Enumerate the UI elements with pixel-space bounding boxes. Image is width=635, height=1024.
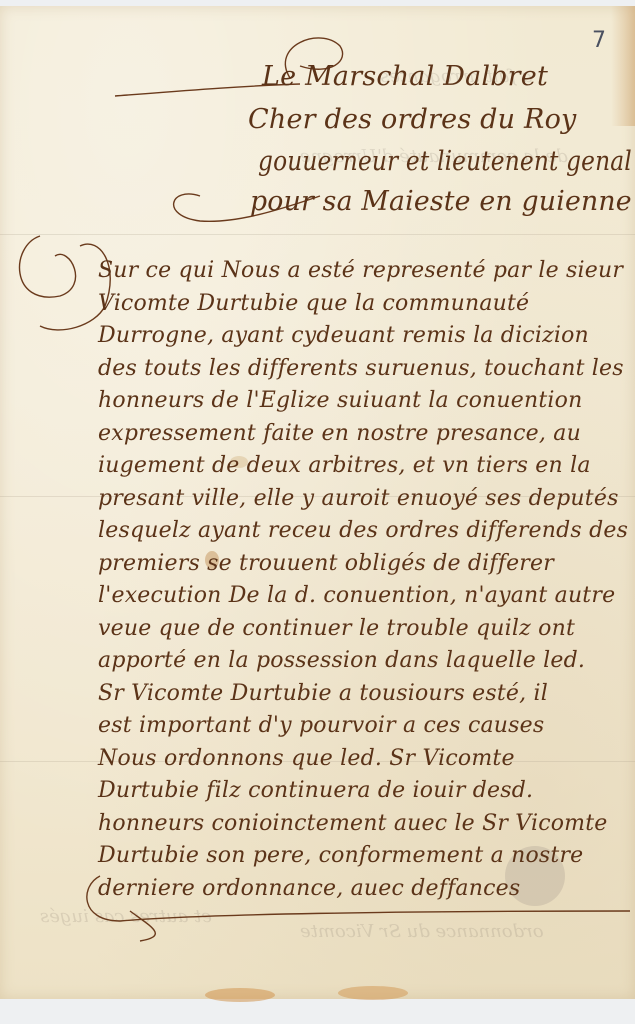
header-line: Le Marschal Dalbret [262, 61, 548, 92]
body-line: derniere ordonnance, auec deffances [98, 876, 520, 901]
header-line: gouuerneur et lieutenent genal [258, 146, 632, 177]
body-line: des touts les differents suruenus, touch… [98, 356, 624, 381]
body-line: apporté en la possession dans laquelle l… [98, 648, 585, 673]
body-line: veue que de continuer le trouble quilz o… [98, 616, 575, 641]
body-line: l'execution De la d. conuention, n'ayant… [98, 583, 615, 608]
body-line: Sur ce qui Nous a esté representé par le… [98, 258, 623, 283]
body-line: lesquelz ayant receu des ordres differen… [98, 518, 628, 543]
body-line: Durtubie filz continuera de iouir desd. [98, 778, 533, 803]
body-line: Nous ordonnons que led. Sr Vicomte [98, 746, 515, 771]
body-line: Durrogne, ayant cydeuant remis la dicizi… [98, 323, 589, 348]
body-line: iugement de deux arbitres, et vn tiers e… [98, 453, 591, 478]
body-line: expressement faite en nostre presance, a… [98, 421, 581, 446]
body-line: Vicomte Durtubie que la communauté [98, 291, 529, 316]
body-line: presant ville, elle y auroit enuoyé ses … [98, 486, 619, 511]
body-line: Durtubie son pere, conformement a nostre [98, 843, 583, 868]
header-line: Cher des ordres du Roy [248, 104, 576, 135]
body-line: premiers se trouuent obligés de differer [98, 551, 554, 576]
body-line: honneurs conioinctement auec le Sr Vicom… [98, 811, 608, 836]
manuscript-page: a fait arrogantes de la communauté d'Urr… [0, 6, 635, 999]
header-line: pour sa Maieste en guienne [250, 186, 632, 217]
body-line: est important d'y pourvoir a ces causes [98, 713, 544, 738]
body-line: Sr Vicomte Durtubie a tousiours esté, il [98, 681, 548, 706]
body-line: honneurs de l'Eglize suiuant la conuenti… [98, 388, 582, 413]
